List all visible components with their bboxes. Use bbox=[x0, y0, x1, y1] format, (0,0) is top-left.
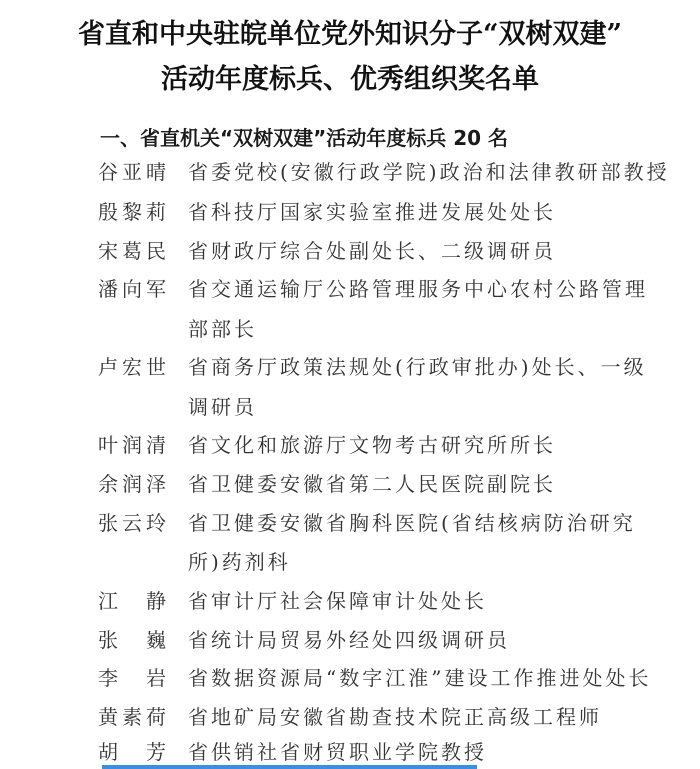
document-title-line-1: 省直和中央驻皖单位党外知识分子“双树双建” bbox=[0, 12, 700, 51]
person-title: 省交通运输厅公路管理服务中心农村公路管理 bbox=[188, 279, 648, 299]
person-name: 余润泽 bbox=[98, 474, 168, 494]
person-title: 省卫健委安徽省胸科医院(省结核病防治研究 bbox=[188, 513, 648, 533]
document-title-line-2: 活动年度标兵、优秀组织奖名单 bbox=[0, 57, 700, 96]
person-title: 省财政厅综合处副处长、二级调研员 bbox=[188, 241, 648, 261]
person-name: 张云玲 bbox=[98, 513, 168, 533]
person-title: 省数据资源局“数字江淮”建设工作推进处处长 bbox=[188, 668, 648, 688]
person-name: 殷黎莉 bbox=[98, 202, 168, 222]
person-name: 宋葛民 bbox=[98, 241, 168, 261]
person-name: 潘向军 bbox=[98, 279, 168, 299]
person-title-continued: 调研员 bbox=[188, 397, 648, 417]
person-title: 省卫健委安徽省第二人民医院副院长 bbox=[188, 474, 648, 494]
person-name: 胡 芳 bbox=[98, 742, 168, 762]
person-title: 省商务厅政策法规处(行政审批办)处长、一级 bbox=[188, 357, 648, 377]
person-title: 省统计局贸易外经处四级调研员 bbox=[188, 630, 648, 650]
person-title: 省供销社省财贸职业学院教授 bbox=[188, 742, 648, 762]
section-heading: 一、省直机关“双树双建”活动年度标兵 20 名 bbox=[100, 122, 508, 151]
person-title: 省地矿局安徽省勘查技术院正高级工程师 bbox=[188, 707, 648, 727]
person-name: 卢宏世 bbox=[98, 357, 168, 377]
person-name: 黄素荷 bbox=[98, 707, 168, 727]
person-title-continued: 部部长 bbox=[188, 319, 648, 339]
person-name: 江 静 bbox=[98, 591, 168, 611]
selection-highlight-bar bbox=[102, 765, 477, 769]
person-title: 省科技厅国家实验室推进发展处处长 bbox=[188, 202, 648, 222]
person-title: 省文化和旅游厅文物考古研究所所长 bbox=[188, 435, 648, 455]
person-title-continued: 所)药剂科 bbox=[188, 552, 648, 572]
person-name: 叶润清 bbox=[98, 435, 168, 455]
person-name: 李 岩 bbox=[98, 668, 168, 688]
person-title: 省审计厅社会保障审计处处长 bbox=[188, 591, 648, 611]
person-title: 省委党校(安徽行政学院)政治和法律教研部教授 bbox=[188, 162, 648, 182]
person-name: 张 巍 bbox=[98, 630, 168, 650]
person-name: 谷亚晴 bbox=[98, 162, 168, 182]
